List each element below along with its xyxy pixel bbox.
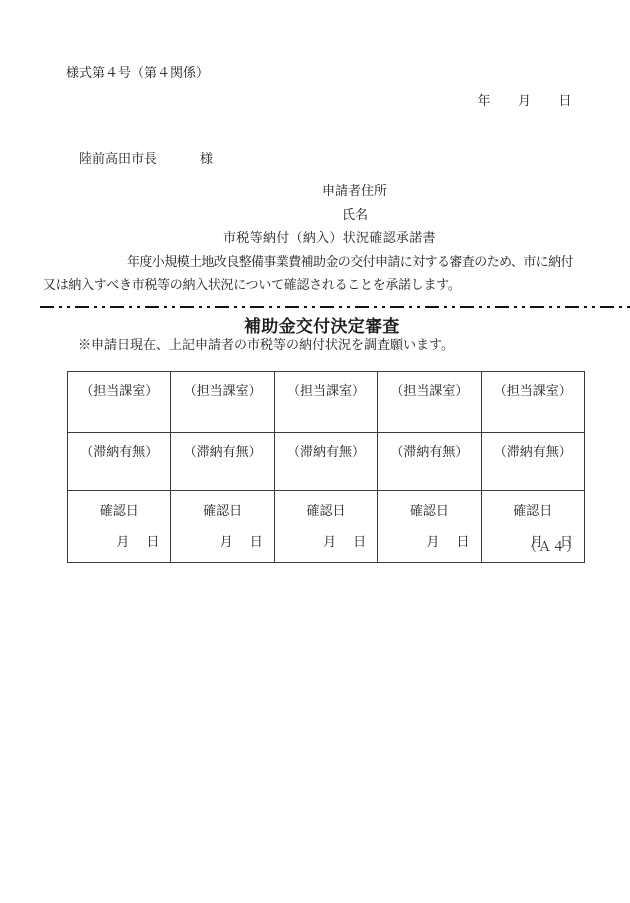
addressee-honorific: 様 xyxy=(200,151,213,166)
confirm-date-label: 確認日 xyxy=(171,500,273,519)
delinquency-label: （滞納有無） xyxy=(80,444,158,459)
department-label: （担当課室） xyxy=(494,383,572,398)
table-row-confirm-date: 確認日 月 日 確認日 月 日 確認日 月 日 確認日 月 日 確認日 月 日 xyxy=(68,491,585,563)
section-title: 補助金交付決定審査 xyxy=(244,317,400,337)
form-number: 様式第４号（第４関係） xyxy=(66,66,209,81)
confirm-date-label: 確認日 xyxy=(482,500,584,519)
cell-delinquency-4: （滞納有無） xyxy=(378,433,481,491)
review-table: （担当課室） （担当課室） （担当課室） （担当課室） （担当課室） （滞納有無… xyxy=(67,371,585,563)
delinquency-label: （滞納有無） xyxy=(390,444,468,459)
dashed-separator-line xyxy=(40,306,630,308)
delinquency-label: （滞納有無） xyxy=(184,444,262,459)
table-row-delinquency: （滞納有無） （滞納有無） （滞納有無） （滞納有無） （滞納有無） xyxy=(68,433,585,491)
department-label: （担当課室） xyxy=(390,383,468,398)
body-text-line2: 又は納入すべき市税等の納入状況について確認されることを承諾します。 xyxy=(43,278,461,293)
document-title: 市税等納付（納入）状況確認承諾書 xyxy=(223,231,436,246)
cell-department-1: （担当課室） xyxy=(68,372,171,433)
applicant-address-label: 申請者住所 xyxy=(322,184,387,199)
cell-delinquency-2: （滞納有無） xyxy=(171,433,274,491)
cell-confirm-2: 確認日 月 日 xyxy=(171,491,274,563)
cell-department-2: （担当課室） xyxy=(171,372,274,433)
addressee: 陸前高田市長 xyxy=(79,151,157,166)
cell-delinquency-1: （滞納有無） xyxy=(68,433,171,491)
department-label: （担当課室） xyxy=(287,383,365,398)
department-label: （担当課室） xyxy=(184,383,262,398)
cell-confirm-4: 確認日 月 日 xyxy=(378,491,481,563)
cell-department-3: （担当課室） xyxy=(274,372,377,433)
cell-confirm-1: 確認日 月 日 xyxy=(68,491,171,563)
confirm-date-label: 確認日 xyxy=(378,500,480,519)
paper-size-label: （Ａ４） xyxy=(524,540,580,555)
month-day-label: 月 日 xyxy=(275,531,377,550)
table-row-department: （担当課室） （担当課室） （担当課室） （担当課室） （担当課室） xyxy=(68,372,585,433)
delinquency-label: （滞納有無） xyxy=(287,444,365,459)
applicant-name-label: 氏名 xyxy=(342,208,368,223)
cell-delinquency-3: （滞納有無） xyxy=(274,433,377,491)
document-page: 様式第４号（第４関係） 年 月 日 陸前高田市長様 申請者住所 氏名 市税等納付… xyxy=(0,0,630,903)
addressee-row: 陸前高田市長様 xyxy=(66,137,213,182)
cell-department-5: （担当課室） xyxy=(481,372,584,433)
cell-department-4: （担当課室） xyxy=(378,372,481,433)
section-note: ※申請日現在、上記申請者の市税等の納付状況を調査願います。 xyxy=(78,338,454,353)
month-day-label: 月 日 xyxy=(68,531,170,550)
month-day-label: 月 日 xyxy=(171,531,273,550)
delinquency-label: （滞納有無） xyxy=(494,444,572,459)
department-label: （担当課室） xyxy=(80,383,158,398)
confirm-date-label: 確認日 xyxy=(68,500,170,519)
cell-delinquency-5: （滞納有無） xyxy=(481,433,584,491)
cell-confirm-3: 確認日 月 日 xyxy=(274,491,377,563)
body-text-line1: 年度小規模土地改良整備事業費補助金の交付申請に対する審査のため、市に納付 xyxy=(127,255,573,270)
month-day-label: 月 日 xyxy=(378,531,480,550)
confirm-date-label: 確認日 xyxy=(275,500,377,519)
date-line: 年 月 日 xyxy=(477,94,572,109)
